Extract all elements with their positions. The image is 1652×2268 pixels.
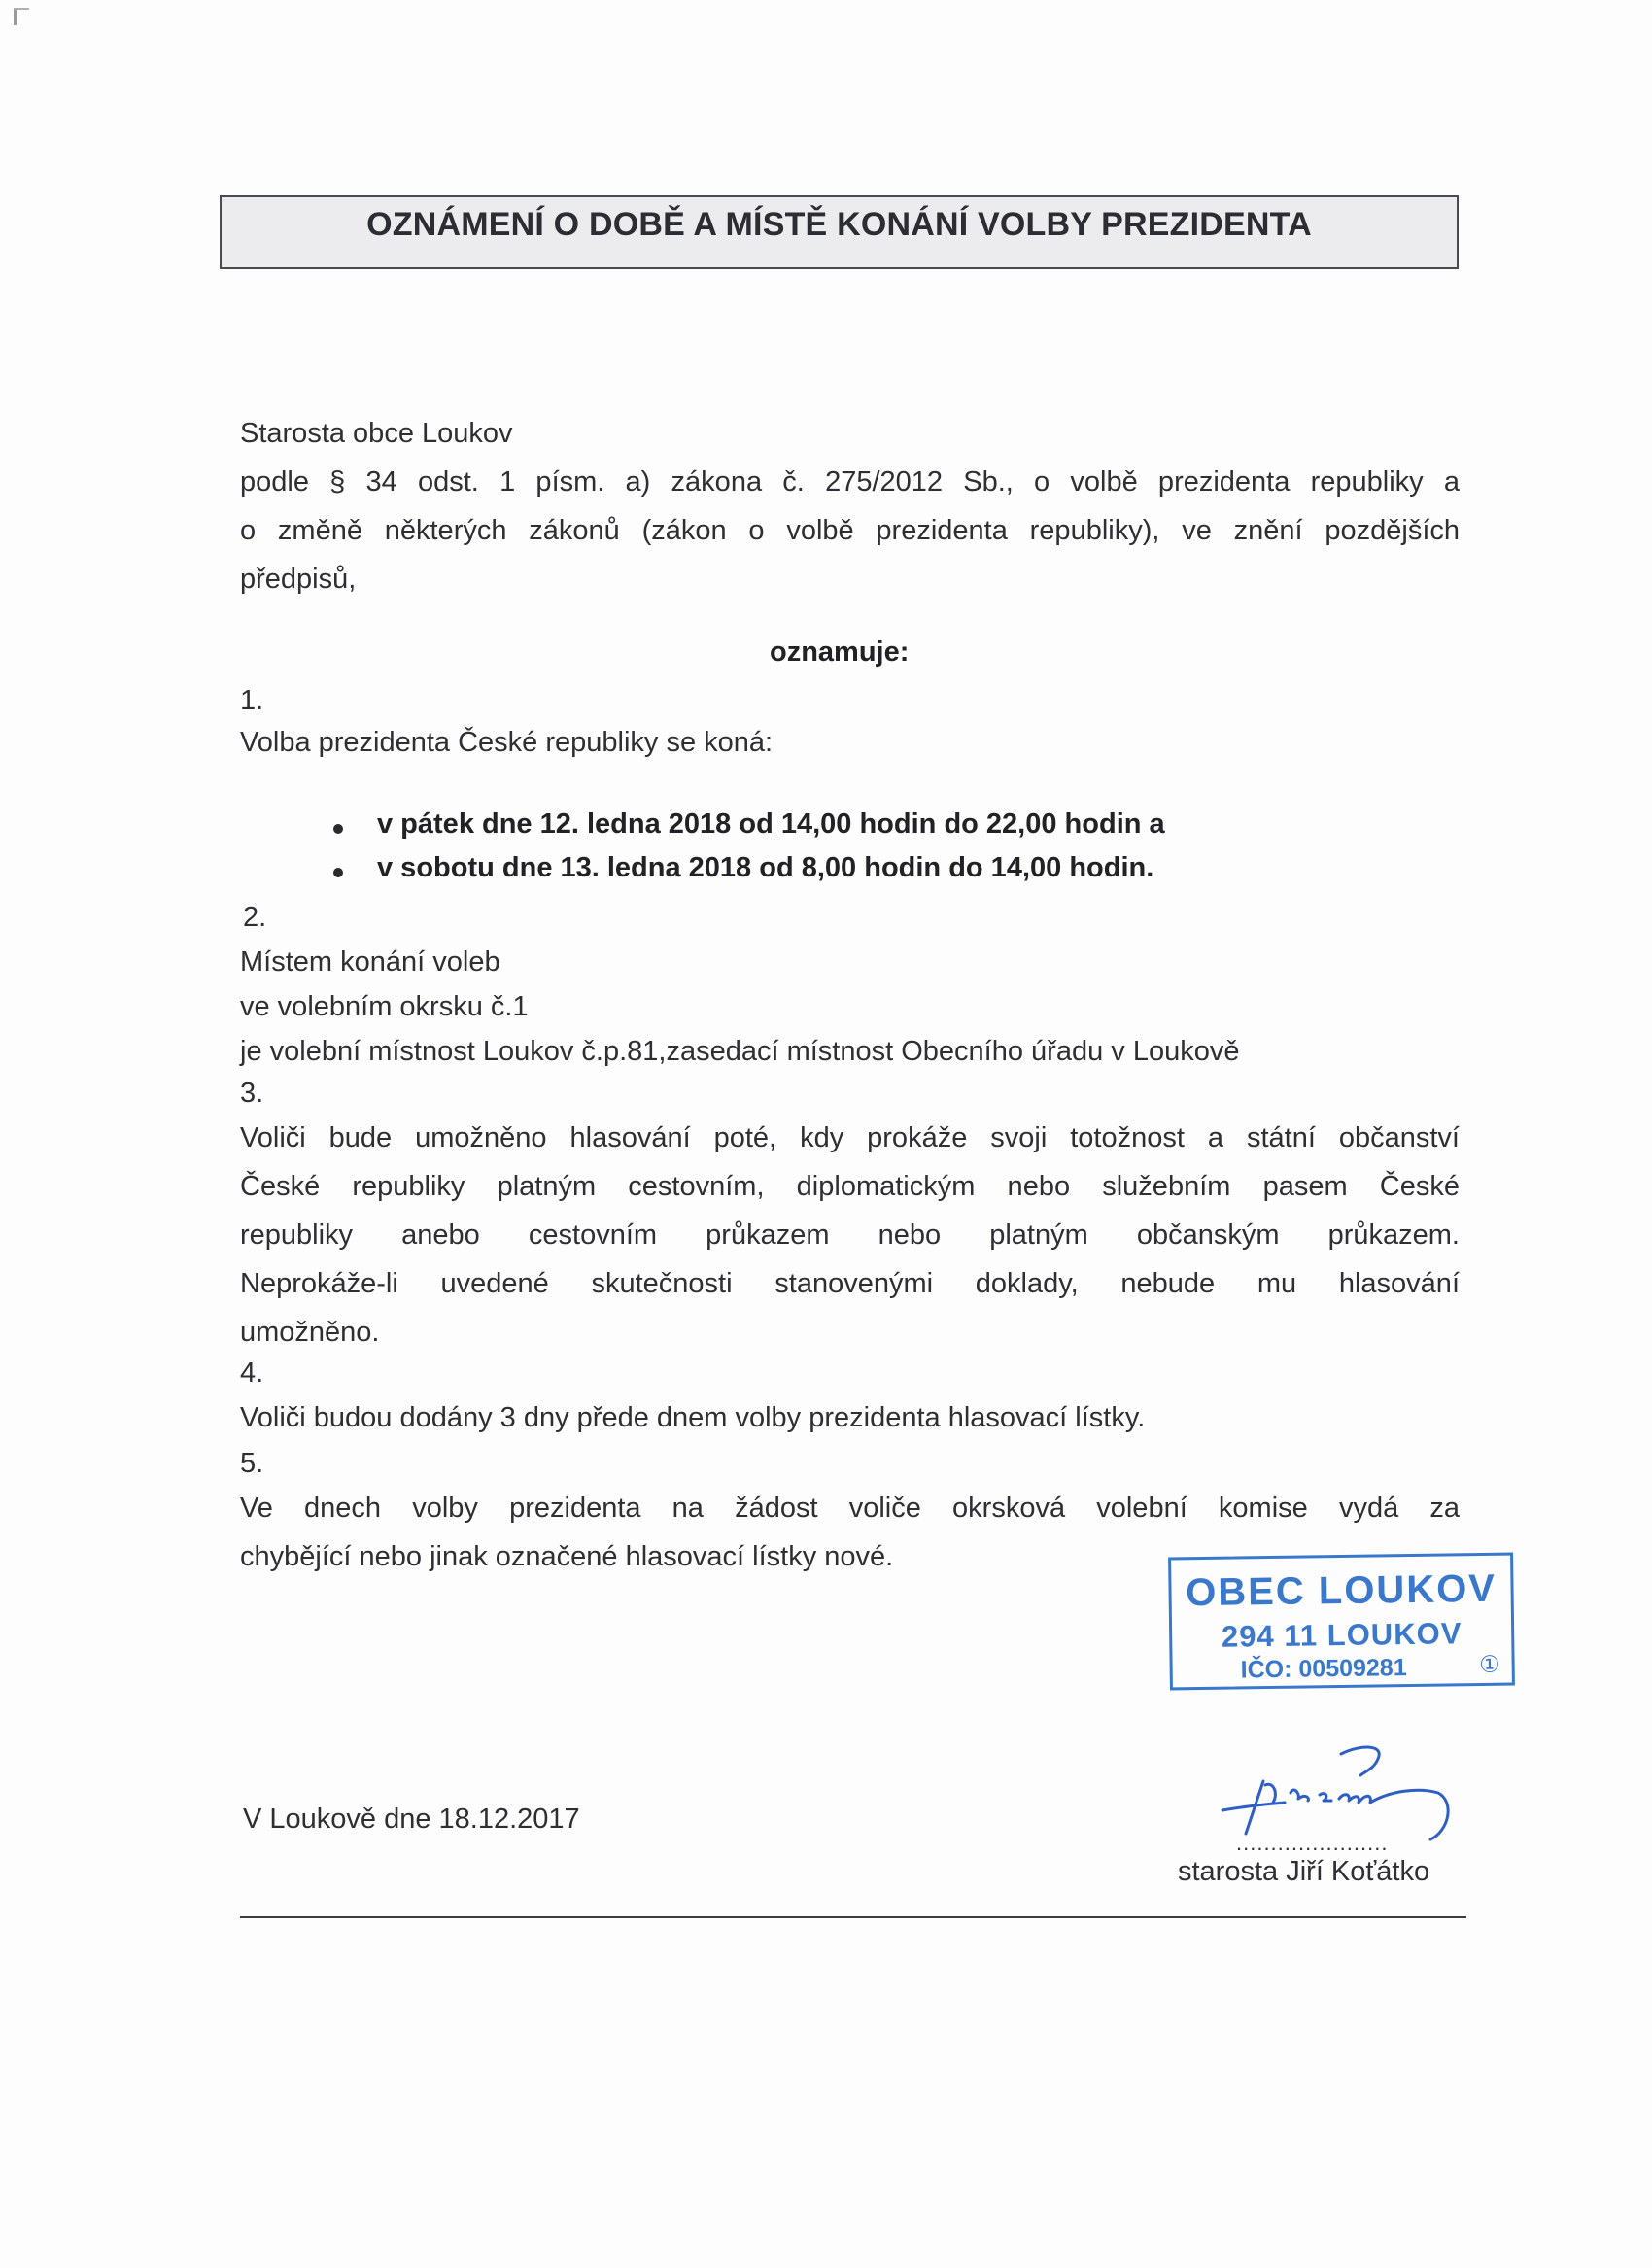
intro-line: předpisů, bbox=[240, 566, 356, 594]
section-number: 5. bbox=[240, 1450, 263, 1478]
section-text: Ve dnech volby prezidenta na žádost voli… bbox=[240, 1495, 1460, 1523]
section-number: 4. bbox=[240, 1359, 263, 1388]
stamp-number-icon: ① bbox=[1479, 1651, 1500, 1679]
election-date-item: v pátek dne 12. ledna 2018 od 14,00 hodi… bbox=[377, 810, 1165, 839]
section-number: 2. bbox=[243, 904, 266, 932]
scan-corner-mark bbox=[14, 8, 17, 25]
stamp-line-address: 294 11 LOUKOV bbox=[1172, 1616, 1511, 1656]
stamp-line-name: OBEC LOUKOV bbox=[1171, 1567, 1511, 1616]
announces-heading: oznamuje: bbox=[770, 638, 909, 667]
section-text: Místem konání voleb bbox=[240, 948, 500, 977]
section-text: chybějící nebo jinak označené hlasovací … bbox=[240, 1543, 893, 1571]
section-text: Voliči budou dodány 3 dny přede dnem vol… bbox=[240, 1404, 1145, 1432]
section-text: republiky anebo cestovním průkazem nebo … bbox=[240, 1221, 1460, 1250]
section-text: Voliči bude umožněno hlasování poté, kdy… bbox=[240, 1124, 1460, 1152]
footer-divider bbox=[240, 1916, 1466, 1918]
intro-line: o změně některých zákonů (zákon o volbě … bbox=[240, 517, 1460, 545]
section-text: je volební místnost Loukov č.p.81,zaseda… bbox=[240, 1038, 1239, 1066]
signatory-name: starosta Jiří Koťátko bbox=[1178, 1858, 1429, 1886]
document-title: OZNÁMENÍ O DOBĚ A MÍSTĚ KONÁNÍ VOLBY PRE… bbox=[366, 206, 1312, 244]
section-text: ve volebním okrsku č.1 bbox=[240, 993, 529, 1021]
election-date-item: v sobotu dne 13. ledna 2018 od 8,00 hodi… bbox=[377, 854, 1153, 882]
section-text: umožněno. bbox=[240, 1319, 380, 1347]
section-text: Volba prezidenta České republiky se koná… bbox=[240, 729, 773, 757]
intro-line: Starosta obce Loukov bbox=[240, 420, 513, 448]
bullet-icon bbox=[333, 868, 343, 877]
signature-line: ...................... bbox=[1236, 1831, 1388, 1856]
place-date: V Loukově dne 18.12.2017 bbox=[243, 1805, 580, 1834]
section-number: 1. bbox=[240, 687, 263, 715]
handwritten-signature-icon bbox=[1205, 1735, 1487, 1841]
section-text: Neprokáže-li uvedené skutečnosti stanove… bbox=[240, 1270, 1460, 1298]
bullet-icon bbox=[333, 824, 343, 834]
stamp-line-ico: IČO: 00509281 bbox=[1240, 1654, 1406, 1684]
municipal-stamp: OBEC LOUKOV 294 11 LOUKOV IČO: 00509281 … bbox=[1168, 1553, 1515, 1691]
intro-line: podle § 34 odst. 1 písm. a) zákona č. 27… bbox=[240, 468, 1460, 497]
section-text: České republiky platným cestovním, diplo… bbox=[240, 1173, 1460, 1201]
title-box: OZNÁMENÍ O DOBĚ A MÍSTĚ KONÁNÍ VOLBY PRE… bbox=[220, 195, 1459, 269]
section-number: 3. bbox=[240, 1080, 263, 1108]
